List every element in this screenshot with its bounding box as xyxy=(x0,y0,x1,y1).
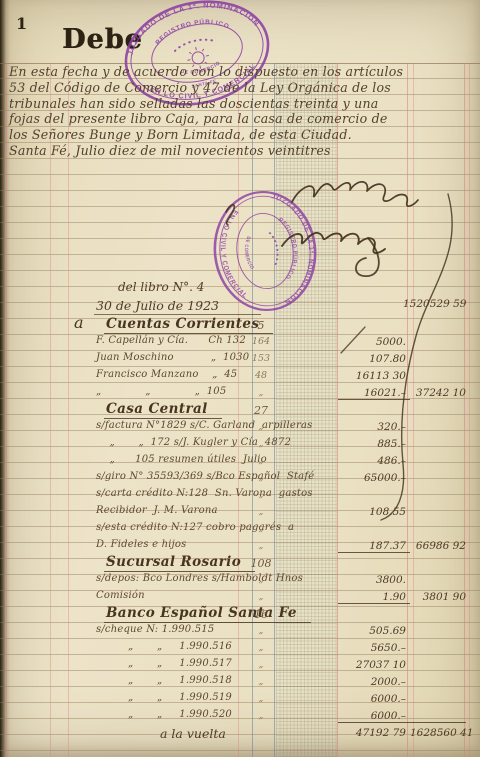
amount: 65000.– xyxy=(336,472,406,484)
entry-prefix: a xyxy=(74,313,84,332)
total-rule xyxy=(338,722,466,723)
row-description: „ „ 1.990.517 xyxy=(128,658,232,669)
folio-number: „ xyxy=(248,540,274,551)
ledger-row: „ „ 1.990.516„5650.– xyxy=(0,639,480,656)
ledger-row: Casa Central27 xyxy=(0,401,480,418)
ledger-row: Sucursal Rosario108 xyxy=(0,554,480,571)
ledger-row: „ „ 1.990.517„27037 10 xyxy=(0,656,480,673)
ledger-row: „ „ 1.990.518„2000.– xyxy=(0,673,480,690)
ledger-row: Banco Español Santa Fe16 xyxy=(0,605,480,622)
amount: 108.55 xyxy=(336,506,406,518)
folio-number: 108 xyxy=(248,557,274,570)
ledger-row: F. Capellán y Cía. Ch 1321645000. xyxy=(0,333,480,350)
folio-number: „ xyxy=(248,710,274,721)
row-description: F. Capellán y Cía. Ch 132 xyxy=(96,335,246,346)
certification-line: En esta fecha y de acuerdo con lo dispue… xyxy=(9,64,475,80)
folio-number: „ xyxy=(248,438,274,449)
svg-text:REGISTRO PÚBLICO: REGISTRO PÚBLICO xyxy=(151,11,232,48)
row-description: a la vuelta xyxy=(160,726,226,741)
folio-number: „ xyxy=(248,506,274,517)
row-description: „ „ 1.990.518 xyxy=(128,675,232,686)
ledger-row: s/factura N°1829 s/C. Garland arpilleras… xyxy=(0,418,480,435)
amount: 5000. xyxy=(336,336,406,348)
ledger-row: s/carta crédito N:128 Sn. Varona gastos„ xyxy=(0,486,480,503)
folio-number: „ xyxy=(248,676,274,687)
folio-number: „ xyxy=(248,523,274,534)
ledger-row: Francisco Manzano „ 454816113 30 xyxy=(0,367,480,384)
folio-number: „ xyxy=(248,472,274,483)
amount: 320.– xyxy=(336,421,406,433)
section-total: 1628560 41 xyxy=(410,727,466,739)
stamp-dots xyxy=(174,36,216,51)
certification-line: 53 del Código de Comercio y 47 de la Ley… xyxy=(9,80,475,96)
row-description: „ „ 1.990.519 xyxy=(128,692,232,703)
row-description: „ „ „ 105 xyxy=(96,386,226,397)
amount: 16113 30 xyxy=(336,370,406,382)
total-rule xyxy=(338,552,410,553)
folio-number: „ xyxy=(248,625,274,636)
ledger-row: Recibidor J. M. Varona„108.55 xyxy=(0,503,480,520)
row-description: s/factura N°1829 s/C. Garland arpilleras xyxy=(96,420,313,431)
folio-number: „ xyxy=(248,455,274,466)
book-reference: del libro N°. 4 xyxy=(118,280,204,294)
row-description: „ „ 1.990.520 xyxy=(128,709,232,720)
stamp-inner-top-text: REGISTRO PÚBLICO xyxy=(151,11,232,48)
amount: 1.90 xyxy=(336,591,406,603)
ledger-row: s/esta crédito N:127 cobro pagarés a„ xyxy=(0,520,480,537)
page-title: Debe xyxy=(62,24,143,55)
row-description: D. Fideles e hijos xyxy=(96,539,187,550)
section-total: 66986 92 xyxy=(410,540,466,552)
amount: 3800. xyxy=(336,574,406,586)
row-description: Francisco Manzano „ 45 xyxy=(96,369,237,380)
row-description: s/giro N° 35593/369 s/Bco Español Stafé xyxy=(96,471,314,482)
certification-line: Santa Fé, Julio diez de mil novecientos … xyxy=(9,143,475,159)
total-rule xyxy=(338,399,410,400)
row-description: „ „ 1.990.516 xyxy=(128,641,232,652)
amount: 16021.– xyxy=(336,387,406,399)
section-total: 37242 10 xyxy=(410,387,466,399)
row-description: Juan Moschino „ 1030 xyxy=(96,352,249,363)
ledger-row: s/cheque N: 1.990.515„505.69 xyxy=(0,622,480,639)
certification-line: fojas del presente libro Caja, para la c… xyxy=(9,111,475,127)
folio-number: 16 xyxy=(248,608,274,621)
ledger-row: aCuentas Corrientes5 xyxy=(0,316,480,333)
row-description: Recibidor J. M. Varona xyxy=(96,505,218,516)
ledger-page: 1 Debe JUZGADO DE LA 1ª. NOMINACIÓN EN L… xyxy=(0,0,480,757)
folio-number: „ xyxy=(248,421,274,432)
certification-line: los Señores Bunge y Born Limitada, de es… xyxy=(9,127,475,143)
folio-number: „ xyxy=(248,574,274,585)
folio-number: 164 xyxy=(248,336,274,347)
section-heading: Casa Central xyxy=(104,401,222,419)
section-heading: Banco Español Santa Fe xyxy=(104,605,311,623)
opening-balance: 1520529 59 xyxy=(403,298,465,310)
amount: 885.– xyxy=(336,438,406,450)
total-rule xyxy=(338,603,410,604)
ledger-row: „ „ 1.990.519„6000.– xyxy=(0,690,480,707)
ledger-row: s/giro N° 35593/369 s/Bco Español Stafé„… xyxy=(0,469,480,486)
amount: 505.69 xyxy=(336,625,406,637)
amount: 47192 79 xyxy=(336,727,406,739)
page-number: 1 xyxy=(16,14,27,33)
folio-number: „ xyxy=(248,591,274,602)
row-description: Comisión xyxy=(96,590,145,601)
row-description: „ 105 resumen útiles Julio xyxy=(96,454,267,465)
ledger-row: s/depos: Bco Londres s/Hamboldt Hnos„380… xyxy=(0,571,480,588)
amount: 6000.– xyxy=(336,693,406,705)
folio-number: 5 xyxy=(248,319,274,332)
ledger-row: a la vuelta47192 791628560 41 xyxy=(0,724,480,741)
ledger-row: „ „ 172 s/J. Kugler y Cía 4872„885.– xyxy=(0,435,480,452)
amount: 486.– xyxy=(336,455,406,467)
folio-number: „ xyxy=(248,489,274,500)
row-description: s/carta crédito N:128 Sn. Varona gastos xyxy=(96,488,313,499)
folio-number: „ xyxy=(248,659,274,670)
folio-number: „ xyxy=(248,387,274,398)
row-description: s/cheque N: 1.990.515 xyxy=(96,624,214,635)
ledger-row: „ 105 resumen útiles Julio„486.– xyxy=(0,452,480,469)
certification-line: tribunales han sido selladas las doscien… xyxy=(9,96,475,112)
entry-date: 30 de Julio de 1923 xyxy=(94,298,261,315)
section-total: 3801 90 xyxy=(410,591,466,603)
amount: 6000.– xyxy=(336,710,406,722)
folio-number: „ xyxy=(248,693,274,704)
amount: 27037 10 xyxy=(336,659,406,671)
folio-number: 48 xyxy=(248,370,274,381)
folio-number: „ xyxy=(248,642,274,653)
amount: 107.80 xyxy=(336,353,406,365)
section-heading: Sucursal Rosario xyxy=(104,554,255,572)
folio-number: 27 xyxy=(248,404,274,417)
amount: 2000.– xyxy=(336,676,406,688)
ledger-row: Juan Moschino „ 1030153107.80 xyxy=(0,350,480,367)
folio-number: 153 xyxy=(248,353,274,364)
amount: 5650.– xyxy=(336,642,406,654)
amount: 187.37 xyxy=(336,540,406,552)
